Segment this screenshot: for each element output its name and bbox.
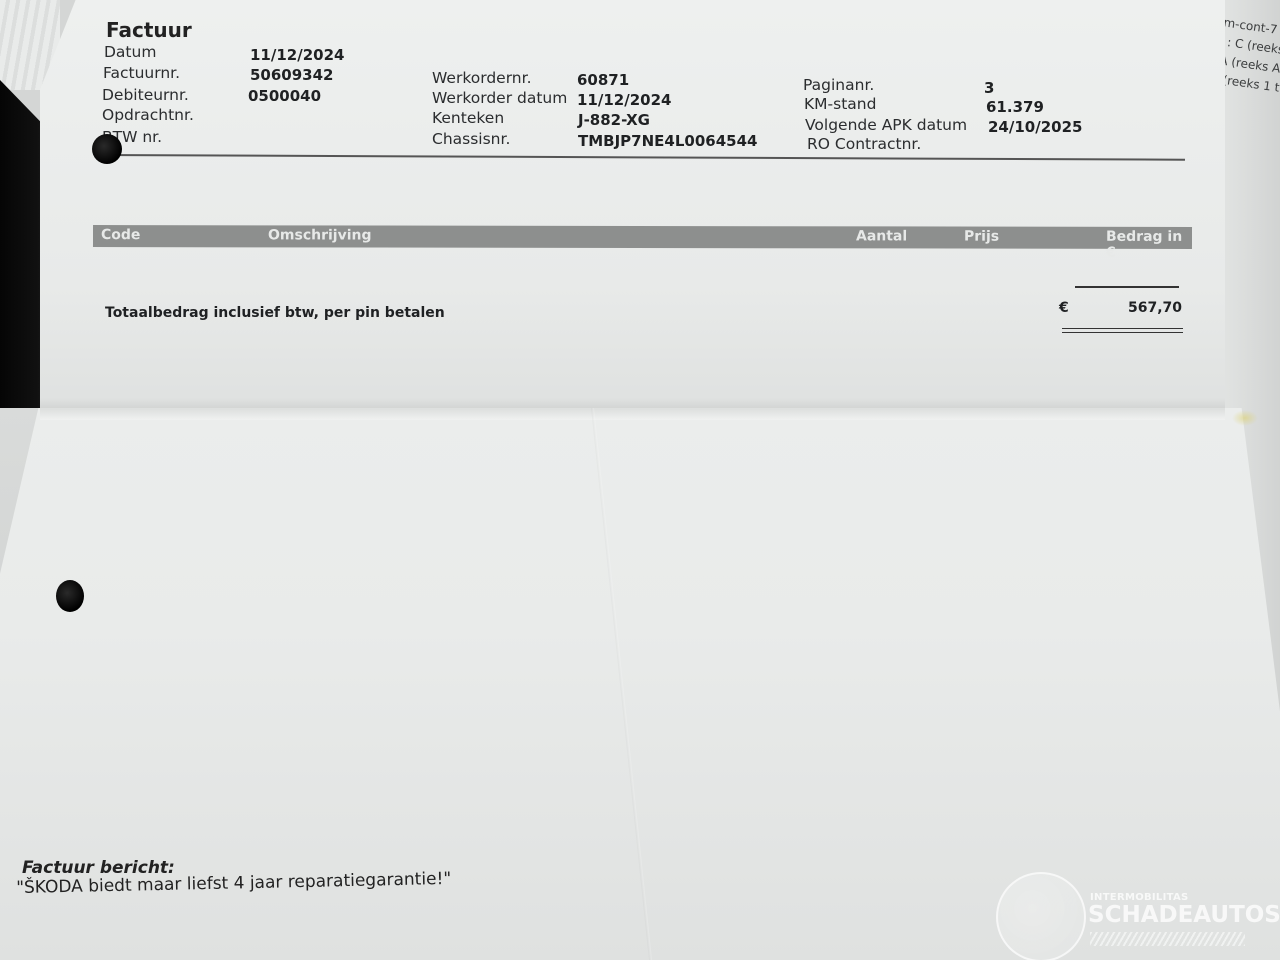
label-werkordernr: Werkordernr. <box>432 69 532 87</box>
label-volgende-apk-datum: Volgende APK datum <box>805 116 967 134</box>
column-header-aantal: Aantal <box>856 228 907 244</box>
value-datum: 11/12/2024 <box>250 46 344 64</box>
label-chassisnr: Chassisnr. <box>432 130 510 148</box>
currency-symbol: € <box>1059 300 1069 316</box>
column-header-code: Code <box>101 227 140 243</box>
globe-icon <box>996 872 1086 960</box>
column-header-omschrijving: Omschrijving <box>268 227 372 243</box>
label-datum: Datum <box>104 43 156 61</box>
punch-hole <box>56 580 84 612</box>
items-table-header: Code Omschrijving Aantal Prijs Bedrag in… <box>93 225 1192 249</box>
value-debiteurnr: 0500040 <box>248 87 321 105</box>
label-opdrachtnr: Opdrachtnr. <box>102 106 194 124</box>
invoice-title: Factuur <box>106 18 192 42</box>
watermark-logo: INTERMOBILITAS SCHADEAUTOS.NL <box>996 870 1280 960</box>
watermark-brand-text: SCHADEAUTOS.NL <box>1088 902 1280 928</box>
total-label: Totaalbedrag inclusief btw, per pin beta… <box>105 305 445 321</box>
stain-mark <box>1232 410 1258 426</box>
invoice-paper-top <box>40 0 1225 408</box>
value-chassisnr: TMBJP7NE4L0064544 <box>578 132 757 150</box>
tire-track-icon <box>1090 932 1245 946</box>
label-km-stand: KM-stand <box>804 95 876 113</box>
label-ro-contractnr: RO Contractnr. <box>807 135 921 153</box>
total-amount: 567,70 <box>1110 300 1182 316</box>
label-factuurnr: Factuurnr. <box>103 64 180 82</box>
total-double-underline <box>1062 328 1183 333</box>
subtotal-line <box>1075 286 1179 288</box>
label-debiteurnr: Debiteurnr. <box>102 86 189 104</box>
label-werkorder-datum: Werkorder datum <box>432 89 567 107</box>
paper-fold <box>40 398 1225 420</box>
value-volgende-apk-datum: 24/10/2025 <box>988 118 1082 136</box>
column-header-prijs: Prijs <box>964 229 999 245</box>
label-kenteken: Kenteken <box>432 109 504 127</box>
column-header-bedrag: Bedrag in € <box>1106 229 1192 261</box>
value-werkordernr: 60871 <box>577 71 629 89</box>
value-km-stand: 61.379 <box>986 98 1044 116</box>
value-kenteken: J-882-XG <box>578 111 650 129</box>
value-werkorder-datum: 11/12/2024 <box>577 91 671 109</box>
punch-hole <box>92 134 122 164</box>
value-factuurnr: 50609342 <box>250 66 334 84</box>
label-paginanr: Paginanr. <box>803 76 874 94</box>
value-paginanr: 3 <box>984 79 994 97</box>
